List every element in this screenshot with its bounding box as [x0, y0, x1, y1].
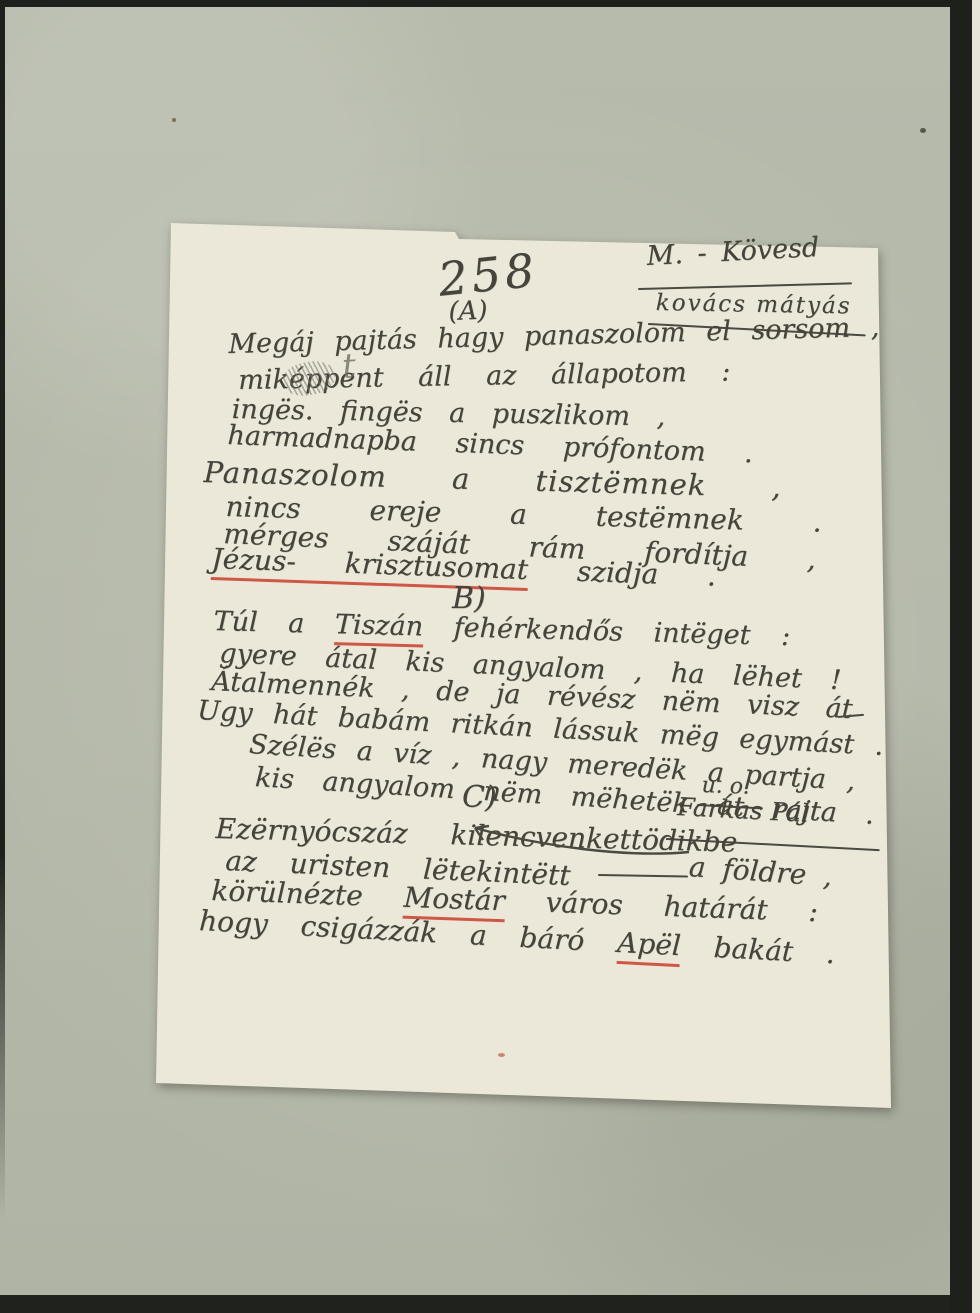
scan-edge-right — [950, 0, 972, 1313]
line-text: szidja . — [527, 553, 716, 593]
speck — [920, 128, 926, 133]
scan-edge-left — [0, 0, 5, 1220]
red-underlined-phrase: Apël — [616, 926, 682, 967]
page-number: 258 — [436, 246, 540, 304]
red-underlined-phrase: Tiszán — [334, 609, 423, 647]
scan-edge-bottom — [0, 1295, 980, 1313]
speck — [498, 1053, 505, 1057]
pencil-insert-t: t — [341, 349, 357, 386]
scan-edge-right-light — [972, 0, 980, 1313]
line-text: Túl a — [213, 606, 335, 640]
speck — [172, 118, 176, 122]
section-label-b: B) — [452, 583, 486, 615]
scan-edge-top — [0, 0, 980, 7]
scanned-manuscript-page: { "page_number": "258", "header": { "loc… — [0, 0, 980, 1313]
